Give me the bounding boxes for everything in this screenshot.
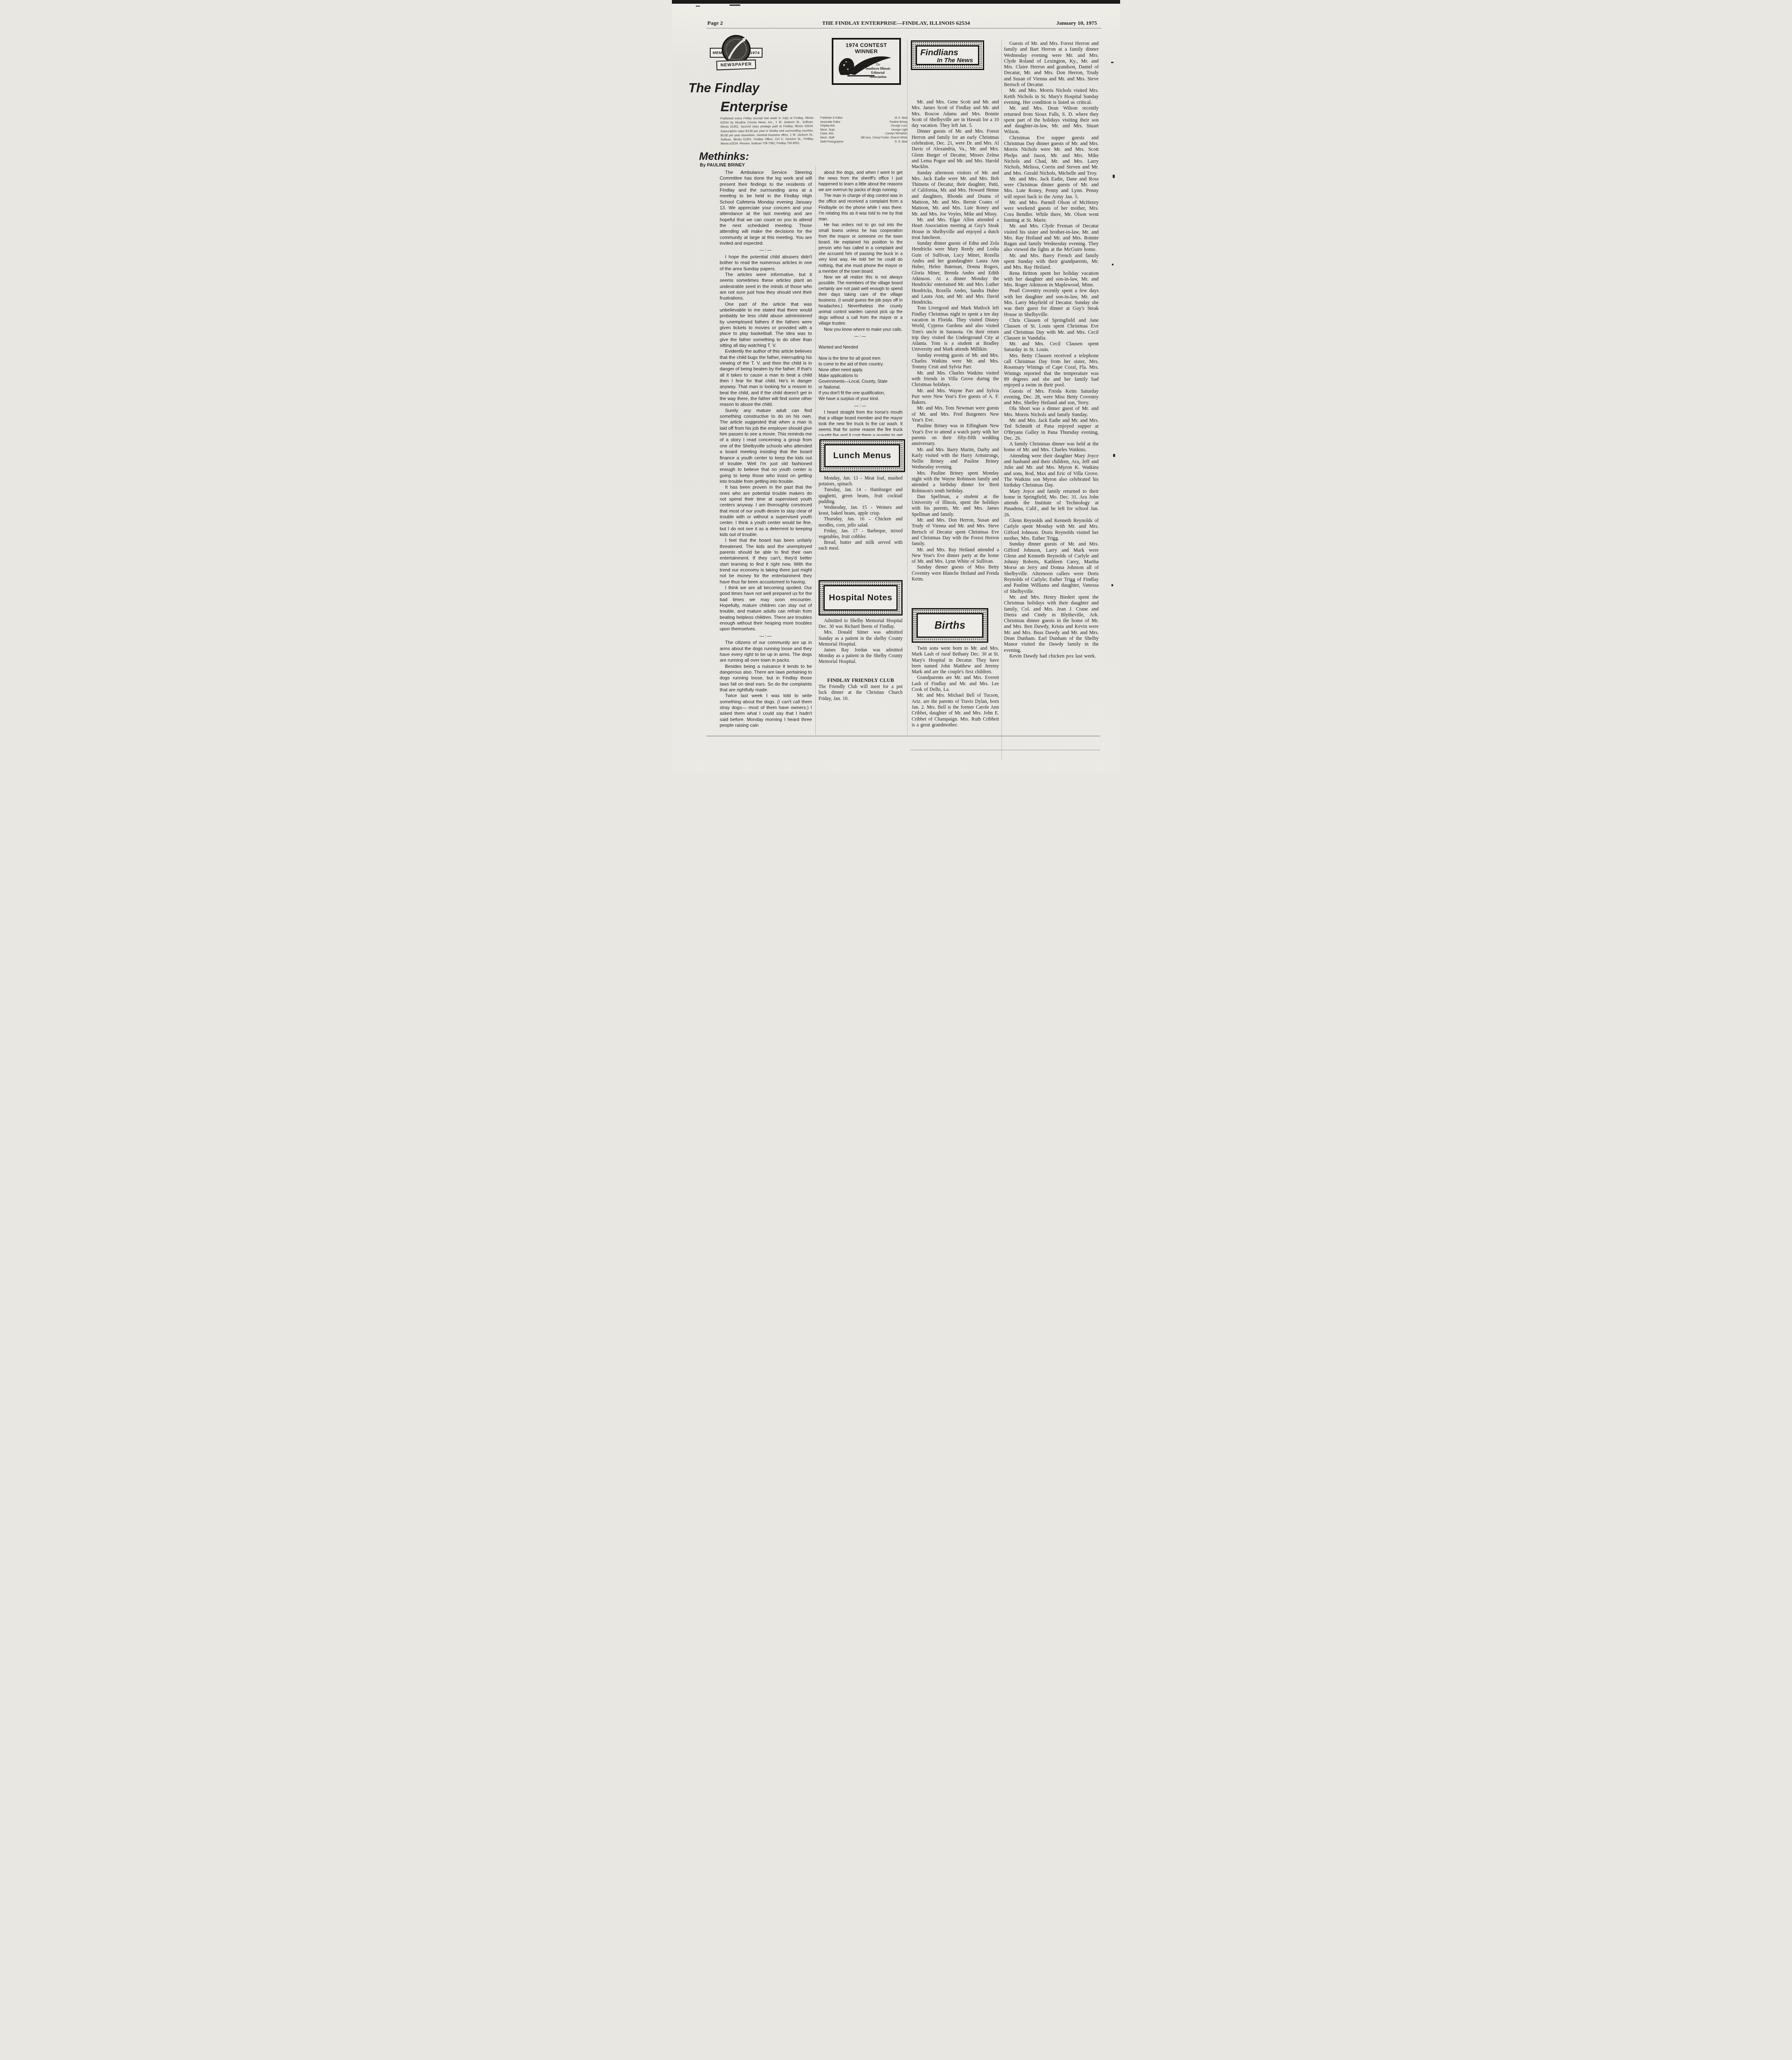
- paragraph: Mr. and Mrs. Ray Heiland attended a New …: [912, 547, 999, 564]
- scan-artifact-speck: [696, 6, 700, 7]
- paragraph: Besides being a nuisance it tends to be …: [720, 664, 812, 693]
- newspaper-banner-label: NEWSPAPER: [721, 62, 752, 68]
- scan-artifact-speck: [1111, 584, 1113, 586]
- paragraph: Ola Short was a dinner guest of Mr. and …: [1004, 405, 1099, 417]
- paragraph: Pauline Briney was in Effingham New Year…: [912, 423, 999, 446]
- page-title-header: THE FINDLAY ENTERPRISE—FINDLAY, ILLINOIS…: [672, 20, 1120, 26]
- paragraph: Sunday evening guests of Mr. and Mrs. Ch…: [912, 352, 999, 370]
- findlians-title-line2: In The News: [920, 57, 975, 64]
- paragraph: Surely any mature adult can find somethi…: [720, 408, 812, 485]
- hospital-notes-box: Hospital Notes: [819, 580, 903, 616]
- paragraph: Dinner guests of Mr. and Mrs. Forest Her…: [912, 128, 999, 169]
- staff-name: George Lozzi: [891, 124, 908, 128]
- bottom-rule-partial: [910, 750, 1100, 750]
- methinks-column-2: about the dogs, and when I went to get t…: [819, 170, 903, 436]
- staff-row: Mech. Supt.George Light: [820, 128, 908, 132]
- staff-role: Mech. Supt.: [820, 128, 835, 132]
- paragraph: Sunday afternoon visitors of Mr. and Mrs…: [912, 170, 999, 217]
- births-box: Births: [912, 608, 988, 643]
- paragraph: I feel that the board has been unfairly …: [720, 538, 812, 585]
- staff-role: Class. Adv.: [820, 132, 834, 136]
- masthead-title-line2: Enterprise: [721, 99, 788, 115]
- paragraph: Kevin Dawdy had chicken pox last week.: [1004, 653, 1099, 659]
- paragraph: Now we all realize this is not always po…: [819, 274, 903, 327]
- scan-artifact-speck: [1113, 454, 1115, 457]
- friendly-club-item: FINDLAY FRIENDLY CLUB The Friendly Club …: [819, 677, 903, 702]
- paragraph: The citizens of our community are up in …: [720, 640, 812, 663]
- header-rule: [707, 28, 1101, 28]
- paragraph: Mr. and Mrs. Parnell Olson of McHenry we…: [1004, 199, 1099, 223]
- scan-artifact-speck: [1113, 175, 1115, 178]
- paragraph: Twin sons were born to Mr. and Mrs. Mark…: [912, 645, 999, 674]
- paragraph: —:—: [819, 333, 903, 339]
- scan-artifact-speck: [1112, 264, 1114, 265]
- births-text: Twin sons were born to Mr. and Mrs. Mark…: [912, 645, 999, 761]
- paragraph: Mr. and Mrs. Barry French and family spe…: [1004, 253, 1099, 270]
- paragraph: Tuesday, Jan. 14 - Hamburger and spaghet…: [819, 487, 903, 505]
- paragraph: Mr. and Mrs. Wayne Parr and Sylvia Parr …: [912, 388, 999, 405]
- paragraph: Guests of Mr. and Mrs. Forest Herron and…: [1004, 40, 1099, 87]
- paragraph: Mary Joyce and family returned to their …: [1004, 488, 1099, 517]
- findlians-title-line1: Findlians: [920, 48, 975, 57]
- friendly-club-text: The Friendly Club will meet for a pot lu…: [819, 684, 903, 702]
- newspaper-page: Page 2 THE FINDLAY ENTERPRISE—FINDLAY, I…: [672, 0, 1120, 772]
- paragraph: Pearl Coventry recently spent a few days…: [1004, 288, 1099, 317]
- staff-role: Associate Editor: [820, 120, 840, 124]
- paragraph: Now you know where to make your calls.: [819, 327, 903, 332]
- paragraph: I heard straight from the horse's mouth …: [819, 410, 903, 436]
- paragraph: A family Christmas dinner was held at th…: [1004, 441, 1099, 453]
- paragraph: Mr. and Mrs. Barry Martin, Darby and Kar…: [912, 447, 999, 470]
- paragraph: Mr. and Mrs. Dean Wilson recently return…: [1004, 105, 1099, 134]
- lunch-menu-list: Monday, Jan. 13 - Meat loaf, mashed pota…: [819, 475, 903, 578]
- paragraph: James Ray Jordan was admitted Monday as …: [819, 647, 903, 665]
- paragraph: Mr. and Mrs. Morris Nichols visited Mrs.…: [1004, 87, 1099, 105]
- publication-info: Published every Friday (except last week…: [721, 116, 814, 146]
- paragraph: Mrs. Donald Stiner was admitted Sunday a…: [819, 630, 903, 647]
- paragraph: —:—: [720, 633, 812, 639]
- methinks-column-1: The Ambulance Service Steering Committee…: [720, 170, 812, 735]
- friendly-club-heading: FINDLAY FRIENDLY CLUB: [819, 677, 903, 683]
- paragraph: I hope the potential child abusers didn'…: [720, 254, 812, 272]
- staff-name: Pauline Briney: [889, 120, 908, 124]
- lunch-menus-title: Lunch Menus: [833, 451, 891, 461]
- staff-name: R. R. Best: [895, 140, 908, 144]
- staff-row: Mech. StaffBill Ison, Cheryl Foster, Sha…: [820, 136, 908, 140]
- contest-association: The Southern Illinois Editorial Associat…: [859, 63, 897, 79]
- paragraph: Sunday dinner guests of Edna and Zola He…: [912, 240, 999, 305]
- paragraph: One part of the article that was unbelie…: [720, 302, 812, 349]
- scan-artifact-speck: [730, 5, 740, 6]
- paragraph: The articles were informative, but it se…: [720, 272, 812, 302]
- findlians-box: Findlians In The News: [911, 40, 984, 70]
- staff-role: Publisher & Editor: [820, 116, 842, 120]
- paragraph: Mr. and Mrs. Charles Watkins visited wit…: [912, 370, 999, 388]
- paragraph: Monday, Jan. 13 - Meat loaf, mashed pota…: [819, 475, 903, 487]
- hospital-notes-box-inner: Hospital Notes: [823, 585, 898, 611]
- births-box-inner: Births: [917, 613, 983, 638]
- paragraph: Wednesday, Jan. 15 - Weiners and kraut, …: [819, 505, 903, 516]
- association-line3: Association: [859, 75, 897, 79]
- paragraph: Mr. and Mrs. Clyde Freman of Decatur vis…: [1004, 223, 1099, 252]
- hospital-notes-title: Hospital Notes: [829, 593, 892, 603]
- paragraph: Chris Clausen of Springfield and Jane Cl…: [1004, 317, 1099, 341]
- association-line2: Southern Illinois Editorial: [859, 66, 897, 75]
- scan-artifact-top-band: [672, 0, 1120, 4]
- methinks-byline: By PAULINE BRINEY: [700, 163, 745, 168]
- paragraph: Mr. and Mrs. Jack Eadie, Dane and Ross w…: [1004, 176, 1099, 199]
- column-rule: [815, 166, 816, 735]
- paragraph: It has been proven in the past that the …: [720, 485, 812, 538]
- findlians-column-text: Mr. and Mrs. Gene Scott and Mr. and Mrs.…: [912, 99, 999, 606]
- lunch-menus-box: Lunch Menus: [819, 439, 905, 472]
- paragraph: Rena Britton spent her holiday vacation …: [1004, 270, 1099, 288]
- methinks-heading: Methinks:: [699, 150, 749, 163]
- bottom-rule: [707, 736, 1100, 736]
- paragraph: He has orders not to go out into the sma…: [819, 222, 903, 274]
- paragraph: The man in charge of dog control was in …: [819, 193, 903, 222]
- staff-role: Display Adv.: [820, 124, 835, 128]
- paragraph: Wanted and Needed: [819, 344, 903, 350]
- staff-name: Carolyn McHatton: [885, 132, 908, 136]
- hospital-notes-text: Admitted to Shelby Memorial Hospital Dec…: [819, 618, 903, 673]
- paragraph: Now is the time for all good men to come…: [819, 356, 903, 402]
- paragraph: Mrs. Pauline Briney spent Monday night w…: [912, 470, 999, 494]
- paragraph: about the dogs, and when I went to get t…: [819, 170, 903, 193]
- paragraph: Mr. and Mrs. Gene Scott and Mr. and Mrs.…: [912, 99, 999, 128]
- paragraph: Dan Spellman, a student at the Universit…: [912, 494, 999, 517]
- paragraph: Thursday, Jan. 16 - Chicken and noodles,…: [819, 516, 903, 528]
- paragraph: Evidently the author of this article bel…: [720, 349, 812, 407]
- staff-role: Staff Photographer: [820, 140, 844, 144]
- paragraph: Mrs. Betty Clausen received a telephone …: [1004, 353, 1099, 388]
- staff-list: Publisher & EditorM. E. Best Associate E…: [820, 116, 908, 144]
- paragraph: Twice last week I was told to write some…: [720, 693, 812, 728]
- paragraph: Admitted to Shelby Memorial Hospital Dec…: [819, 618, 903, 630]
- paragraph: Attending were their daughter Mary Joyce…: [1004, 453, 1099, 488]
- paragraph: Sunday dinner guests of Mr. and Mrs. Gif…: [1004, 541, 1099, 594]
- lunch-menus-box-inner: Lunch Menus: [824, 444, 900, 467]
- newspaper-banner: NEWSPAPER: [716, 59, 756, 70]
- staff-row: Associate EditorPauline Briney: [820, 120, 908, 124]
- paragraph: Mr. and Mrs. Michael Bell of Tucson, Ari…: [912, 692, 999, 728]
- staff-row: Staff PhotographerR. R. Best: [820, 140, 908, 144]
- paragraph: Mr. and Mrs. Tom Newman were guests of M…: [912, 405, 999, 423]
- paragraph: Glenn Reynolds and Kenneth Reynolds of C…: [1004, 517, 1099, 541]
- staff-name: George Light: [891, 128, 908, 132]
- association-line1: The: [859, 63, 897, 66]
- findlians-column-2-text: Guests of Mr. and Mrs. Forest Herron and…: [1004, 40, 1099, 700]
- paragraph: Friday, Jan. 17 - Barbeque, mixed vegeta…: [819, 528, 903, 540]
- paragraph: Christmas Eve supper guests and Christma…: [1004, 135, 1099, 176]
- paragraph: Mr. and Mrs. Jack Eadie and Mr. and Mrs.…: [1004, 417, 1099, 441]
- issue-date: January 10, 1975: [1056, 20, 1097, 26]
- staff-row: Class. Adv.Carolyn McHatton: [820, 132, 908, 136]
- contest-winner-box: 1974 CONTEST WINNER The Southern Illinoi…: [832, 38, 901, 85]
- paragraph: —:—: [819, 403, 903, 409]
- paragraph: Sunday dinner guests of Miss Betty Coven…: [912, 564, 999, 582]
- paragraph: Mr. and Mrs. Cecil Clausen spent Saturda…: [1004, 341, 1099, 353]
- staff-row: Display Adv.George Lozzi: [820, 124, 908, 128]
- births-title: Births: [934, 620, 965, 632]
- paragraph: Mr. and Mrs. Henry Biedert spent the Chr…: [1004, 594, 1099, 653]
- staff-role: Mech. Staff: [820, 136, 834, 140]
- findlians-box-inner: Findlians In The News: [916, 45, 979, 65]
- paragraph: Mr. and Mrs. Elgar Allen attended a Hear…: [912, 217, 999, 240]
- column-rule: [1001, 40, 1002, 760]
- scan-artifact-speck: [1111, 62, 1114, 63]
- paragraph: —:—: [720, 247, 812, 253]
- paragraph: The Ambulance Service Steering Committee…: [720, 170, 812, 246]
- paragraph: Bread, butter and milk served with each …: [819, 540, 903, 551]
- paragraph: I think we are all becoming spoiled. Our…: [720, 585, 812, 632]
- column-rule: [907, 40, 908, 735]
- masthead-title-line1: The Findlay: [688, 81, 759, 96]
- paragraph: Guests of Mrs. Freida Keim Saturday even…: [1004, 388, 1099, 406]
- paragraph: Grandparents are Mr. and Mrs. Everett La…: [912, 674, 999, 692]
- paragraph: Mr. and Mrs. Don Herron, Susan and Trudy…: [912, 517, 999, 546]
- staff-name: M. E. Best: [895, 116, 908, 120]
- member-badge: MEMBER 1974 NEWSPAPER: [710, 35, 763, 74]
- staff-name: Bill Ison, Cheryl Foster, Sharon White: [861, 136, 908, 140]
- staff-row: Publisher & EditorM. E. Best: [820, 116, 908, 120]
- paragraph: Tom Livergood and Mark Matlock left Find…: [912, 305, 999, 352]
